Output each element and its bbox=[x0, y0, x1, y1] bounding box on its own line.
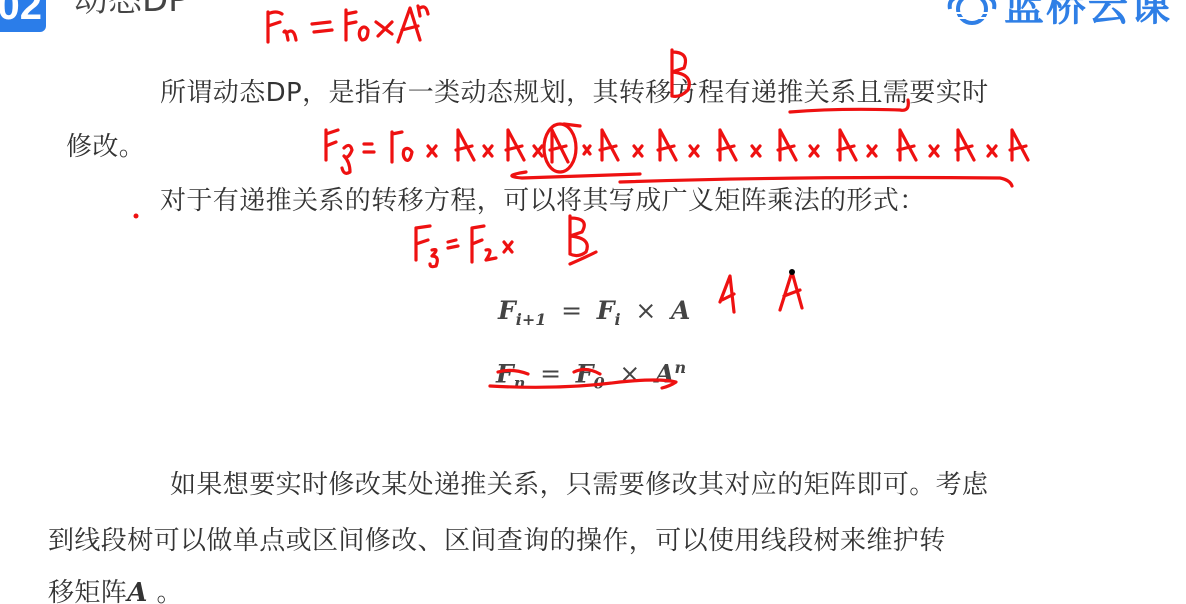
paragraph-3-line-2: 到线段树可以做单点或区间修改、区间查询的操作，可以使用线段树来维护转 bbox=[48, 526, 946, 556]
section-number-badge: 02 bbox=[0, 0, 46, 32]
formula-subscript: 0 bbox=[594, 373, 605, 392]
formula-recurrence: Fi+1 = Fi × A bbox=[498, 296, 690, 329]
annotation-fn-formula bbox=[268, 6, 428, 42]
formula-term: F bbox=[496, 359, 514, 388]
formula-operator: = bbox=[534, 359, 567, 388]
text: 。 bbox=[148, 578, 183, 604]
annotation-dot bbox=[134, 214, 139, 219]
formula-subscript: i+1 bbox=[516, 310, 547, 329]
brand-logo: 蓝桥云课 bbox=[944, 0, 1172, 30]
formula-term: F bbox=[576, 359, 594, 388]
brand-name: 蓝桥云课 bbox=[1004, 0, 1172, 30]
formula-subscript: i bbox=[615, 310, 621, 329]
annotation-f8-expansion bbox=[326, 124, 1028, 186]
paragraph-3-line-3: 移矩阵A 。 bbox=[48, 578, 183, 604]
math-symbol: A bbox=[127, 578, 148, 604]
section-title: 动态DP bbox=[74, 0, 189, 22]
formula-term: A bbox=[671, 296, 690, 325]
paragraph-3-line-1: 如果想要实时修改某处递推关系，只需要修改其对应的矩阵即可。考虑 bbox=[170, 470, 988, 500]
formula-superscript: n bbox=[674, 358, 686, 377]
formula-closed-form: Fn = F0 × An bbox=[496, 358, 686, 392]
paragraph-1-line-1: 所谓动态DP，是指有一类动态规划，其转移方程有递推关系且需要实时 bbox=[160, 78, 989, 108]
lanqiao-logo-icon bbox=[944, 0, 1000, 27]
formula-subscript: n bbox=[514, 373, 526, 392]
formula-term: F bbox=[498, 296, 516, 325]
formula-operator: = bbox=[555, 296, 588, 325]
formula-operator: × bbox=[629, 296, 662, 325]
annotation-a-pair bbox=[720, 269, 802, 312]
annotation-f3-formula bbox=[416, 216, 596, 267]
formula-operator: × bbox=[613, 359, 646, 388]
formula-term: F bbox=[597, 296, 615, 325]
formula-term: A bbox=[655, 359, 674, 388]
paragraph-1-line-2: 修改。 bbox=[66, 132, 145, 162]
paragraph-2: 对于有递推关系的转移方程，可以将其写成广义矩阵乘法的形式： bbox=[160, 186, 926, 216]
text: 移矩阵 bbox=[48, 578, 127, 604]
